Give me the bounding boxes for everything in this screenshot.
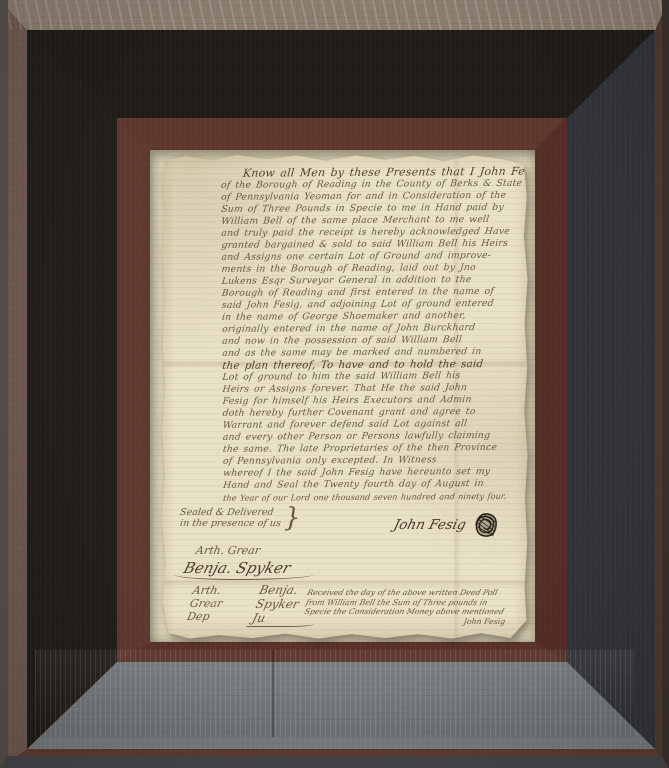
manuscript-line: the Year of our Lord one thousand seven … (223, 490, 521, 504)
receipt-signature: John Fesig (305, 617, 505, 627)
framed-document-photo: Know all Men by these Presents that I Jo… (0, 0, 669, 768)
seal-icon (471, 509, 501, 541)
manuscript-paper-wrap: Know all Men by these Presents that I Jo… (160, 153, 529, 640)
receipt-note: Received the day of the above written De… (306, 588, 505, 627)
ebonized-frame-band: Know all Men by these Presents that I Jo… (27, 30, 655, 749)
receipt-line: Specie the Consideration Money above men… (303, 607, 505, 617)
receipt-line: from William Bell the Sum of Three pound… (305, 597, 507, 607)
attestation-line: Sealed & Delivered (179, 507, 281, 519)
witness2-signature: Benja. Spyker (181, 559, 292, 577)
manuscript-lower-section: Sealed & Delivered in the presence of us… (160, 503, 529, 627)
weathered-outer-rim: Know all Men by these Presents that I Jo… (0, 0, 669, 768)
attestation-brace: } (284, 505, 301, 531)
attestation: Sealed & Delivered in the presence of us… (180, 505, 300, 531)
receipt-line: Received the day of the above written De… (306, 588, 508, 598)
manuscript-paper: Know all Men by these Presents that I Jo… (160, 153, 529, 640)
grantor-signature: John Fesig (392, 517, 468, 533)
witness1-signature: Arth. Grear (195, 544, 506, 557)
bottom-witness1-signature: Arth. Grear Dep (186, 584, 238, 623)
bottom-witness2-signature: Benja. Spyker Ju (251, 583, 311, 625)
mahogany-liner: Know all Men by these Presents that I Jo… (117, 118, 567, 662)
bottom-witness-signatures: Arth. Grear Dep Benja. Spyker Ju (180, 583, 306, 627)
attestation-line: in the presence of us (179, 518, 281, 530)
manuscript-body: Know all Men by these Presents that I Jo… (159, 152, 530, 505)
mat-backing: Know all Men by these Presents that I Jo… (150, 150, 535, 642)
